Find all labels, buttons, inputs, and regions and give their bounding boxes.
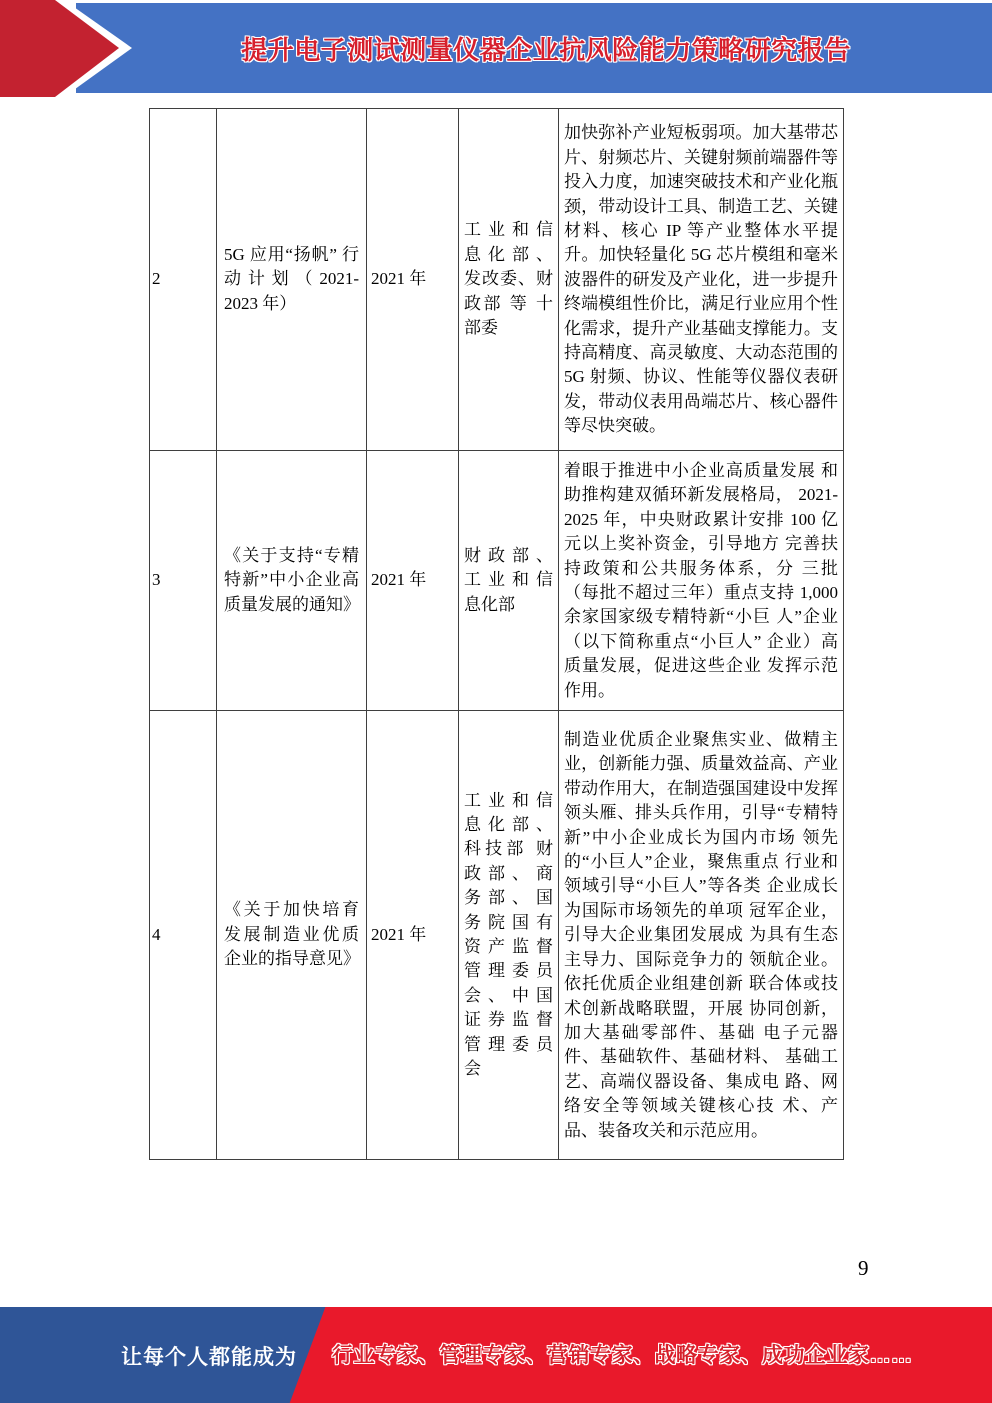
footer-slogan-right: 行业专家、管理专家、营销专家、战略专家、成功企业家…… xyxy=(332,1339,913,1369)
cell-year: 2021 年 xyxy=(367,711,459,1160)
cell-row-number: 3 xyxy=(150,451,217,711)
document-page: 提升电子测试测量仪器企业抗风险能力策略研究报告 2 5G 应用“扬帆” 行动计划… xyxy=(0,0,992,1403)
cell-description: 着眼于推进中小企业高质量发展 和助推构建双循环新发展格局， 2021-2025 … xyxy=(559,451,844,711)
table-row: 3 《关于支持“专精特新”中小企业高质量发展的通知》 2021 年 财政部、 工… xyxy=(150,451,844,711)
cell-row-number: 4 xyxy=(150,711,217,1160)
page-number: 9 xyxy=(858,1256,869,1281)
cell-year: 2021 年 xyxy=(367,109,459,451)
cell-year: 2021 年 xyxy=(367,451,459,711)
footer-banner: 让每个人都能成为 行业专家、管理专家、营销专家、战略专家、成功企业家…… xyxy=(0,1307,992,1403)
report-title: 提升电子测试测量仪器企业抗风险能力策略研究报告 xyxy=(110,30,982,67)
policy-table: 2 5G 应用“扬帆” 行动计划（2021-2023 年） 2021 年 工业和… xyxy=(149,108,844,1160)
footer-slogan-left: 让每个人都能成为 xyxy=(121,1341,297,1371)
cell-description: 制造业优质企业聚焦实业、做精主业，创新能力强、质量效益高、产业带动作用大，在制造… xyxy=(559,711,844,1160)
cell-departments: 工业和信 息化部、 发改委、财政部 等 十部委 xyxy=(459,109,559,451)
cell-departments: 工业和信 息化部、 科技部 财 政部、商 务部、国 务院国有 资产监督 管理委员… xyxy=(459,711,559,1160)
table-row: 2 5G 应用“扬帆” 行动计划（2021-2023 年） 2021 年 工业和… xyxy=(150,109,844,451)
table-row: 4 《关于加快培育 发展制造业优质 企业的指导意见》 2021 年 工业和信 息… xyxy=(150,711,844,1160)
cell-row-number: 2 xyxy=(150,109,217,451)
cell-description: 加快弥补产业短板弱项。加大基带芯片、射频芯片、关键射频前端器件等投入力度，加速突… xyxy=(559,109,844,451)
cell-policy-name: 5G 应用“扬帆” 行动计划（2021-2023 年） xyxy=(217,109,367,451)
cell-policy-name: 《关于支持“专精特新”中小企业高质量发展的通知》 xyxy=(217,451,367,711)
cell-policy-name: 《关于加快培育 发展制造业优质 企业的指导意见》 xyxy=(217,711,367,1160)
cell-departments: 财政部、 工业和信 息化部 xyxy=(459,451,559,711)
